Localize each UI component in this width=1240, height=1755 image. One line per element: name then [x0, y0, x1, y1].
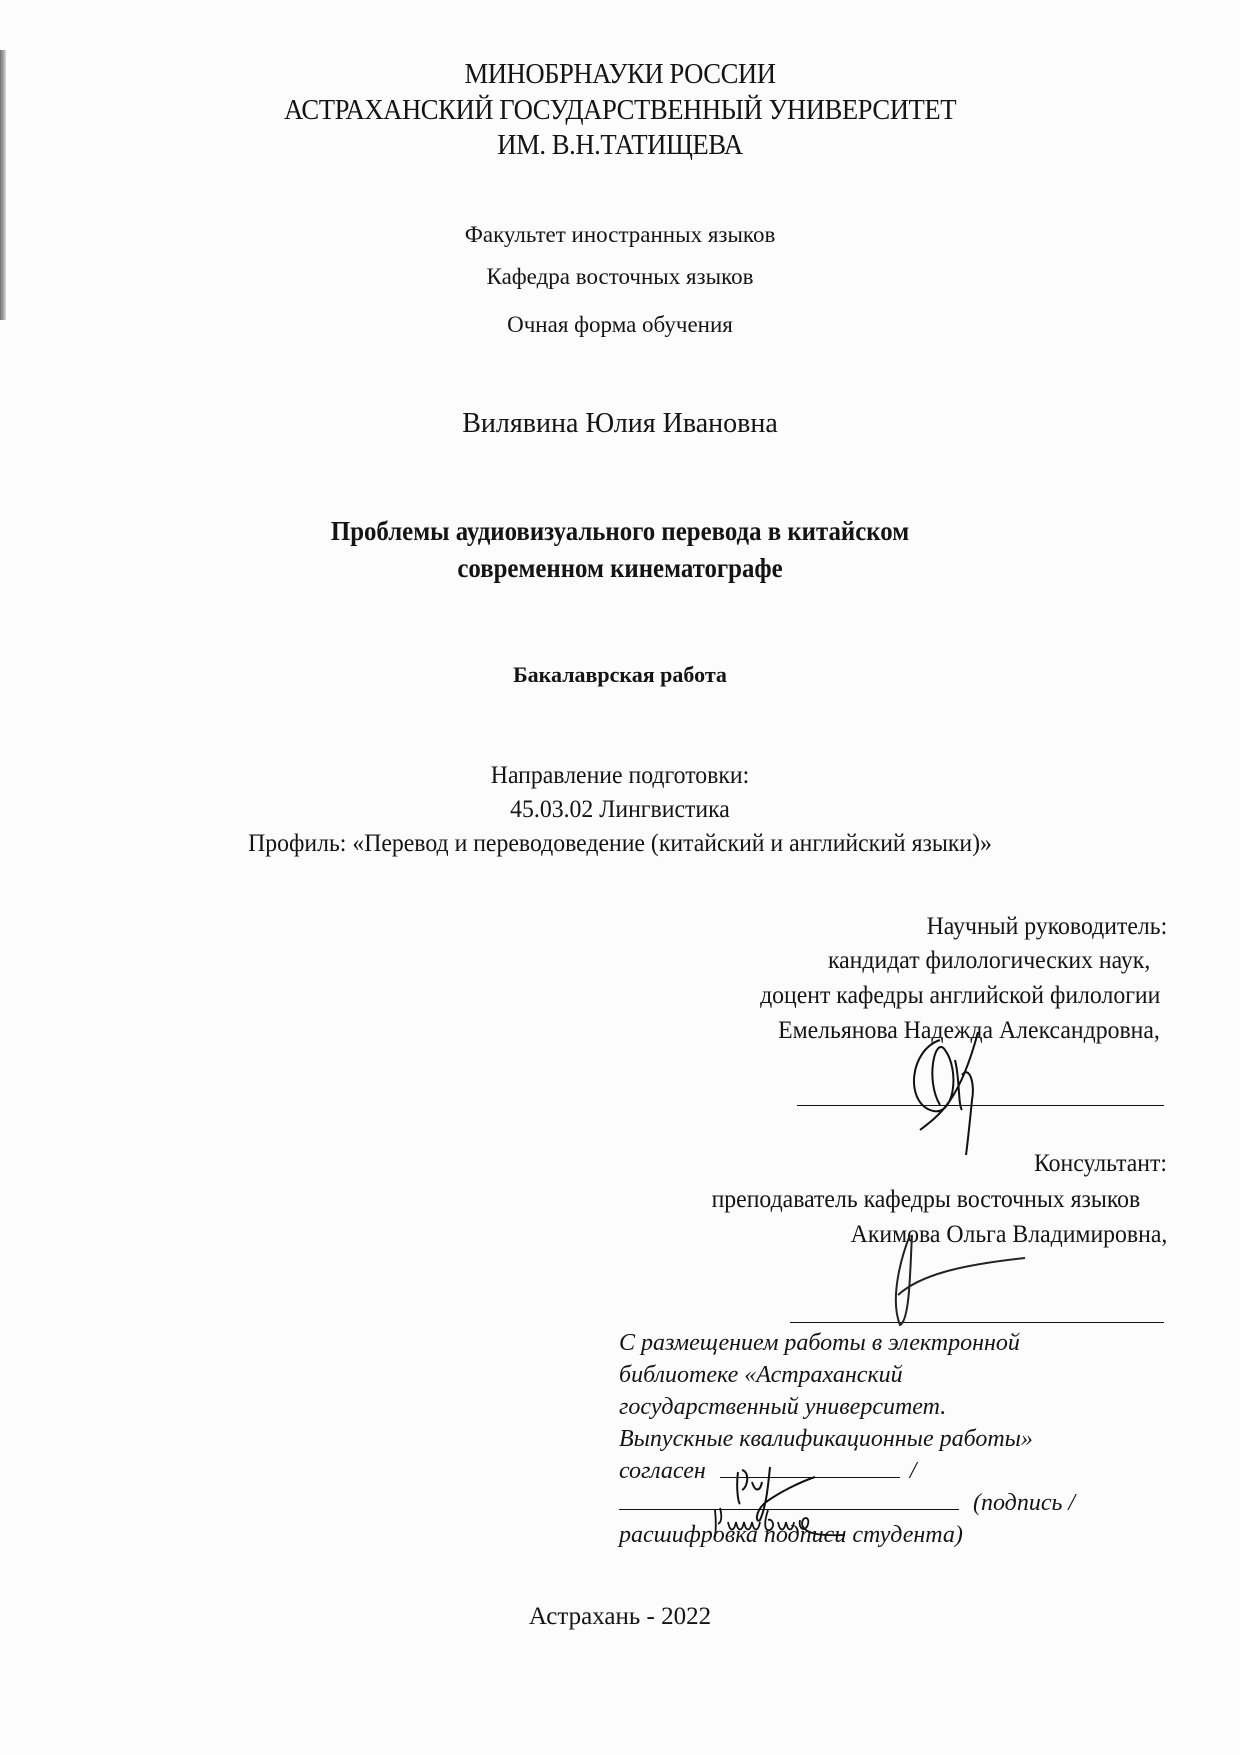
work-type: Бакалаврская работа: [0, 662, 1240, 688]
supervisor-degree: кандидат филологических наук,: [828, 947, 1150, 975]
ministry-heading: МИНОБРНАУКИ РОССИИ: [50, 58, 1191, 91]
supervisor-signature-line: [797, 1105, 1164, 1106]
university-name-heading: ИМ. В.Н.ТАТИЩЕВА: [50, 129, 1191, 162]
supervisor-name: Емельянова Надежда Александровна,: [778, 1017, 1160, 1045]
consent-line4: Выпускные квалификационные работы»: [619, 1423, 1139, 1455]
consent-block: С размещением работы в электронной библи…: [619, 1327, 1139, 1551]
document-page: МИНОБРНАУКИ РОССИИ АСТРАХАНСКИЙ ГОСУДАРС…: [0, 0, 1240, 1755]
thesis-title-line2: современном кинематографе: [50, 553, 1191, 584]
signature-caption-b: расшифровка подписи студента): [619, 1519, 1139, 1551]
consent-line1: С размещением работы в электронной: [619, 1327, 1139, 1359]
thesis-title-line1: Проблемы аудиовизуального перевода в кит…: [50, 516, 1191, 547]
consultant-name: Акимова Ольга Владимировна,: [850, 1221, 1167, 1249]
supervisor-position: доцент кафедры английской филологии: [760, 982, 1160, 1010]
consent-agree-label: согласен: [619, 1458, 706, 1484]
student-name-field[interactable]: [619, 1487, 959, 1510]
profile-text: Профиль: «Перевод и переводоведение (кит…: [31, 830, 1209, 858]
city-year: Астрахань - 2022: [0, 1603, 1240, 1631]
consent-line3: государственный университет.: [619, 1391, 1139, 1423]
consent-agree-row: согласен /: [619, 1455, 1139, 1487]
consent-name-row: (подпись /: [619, 1487, 1139, 1519]
direction-code: 45.03.02 Лингвистика: [31, 796, 1209, 824]
supervisor-label: Научный руководитель:: [926, 913, 1167, 941]
signature-caption-a: (подпись /: [973, 1490, 1075, 1516]
department-name: Кафедра восточных языков: [0, 264, 1240, 290]
consultant-position: преподаватель кафедры восточных языков: [711, 1186, 1140, 1214]
direction-label: Направление подготовки:: [31, 762, 1209, 790]
university-heading: АСТРАХАНСКИЙ ГОСУДАРСТВЕННЫЙ УНИВЕРСИТЕТ: [50, 94, 1191, 127]
consent-slash: /: [910, 1458, 917, 1484]
consent-line2: библиотеке «Астраханский: [619, 1359, 1139, 1391]
study-form: Очная форма обучения: [0, 312, 1240, 338]
consultant-label: Консультант:: [1034, 1150, 1167, 1178]
consultant-signature-line: [790, 1322, 1164, 1323]
student-name: Вилявина Юлия Ивановна: [0, 408, 1240, 440]
faculty-name: Факультет иностранных языков: [0, 222, 1240, 248]
student-signature-field[interactable]: [720, 1455, 900, 1478]
